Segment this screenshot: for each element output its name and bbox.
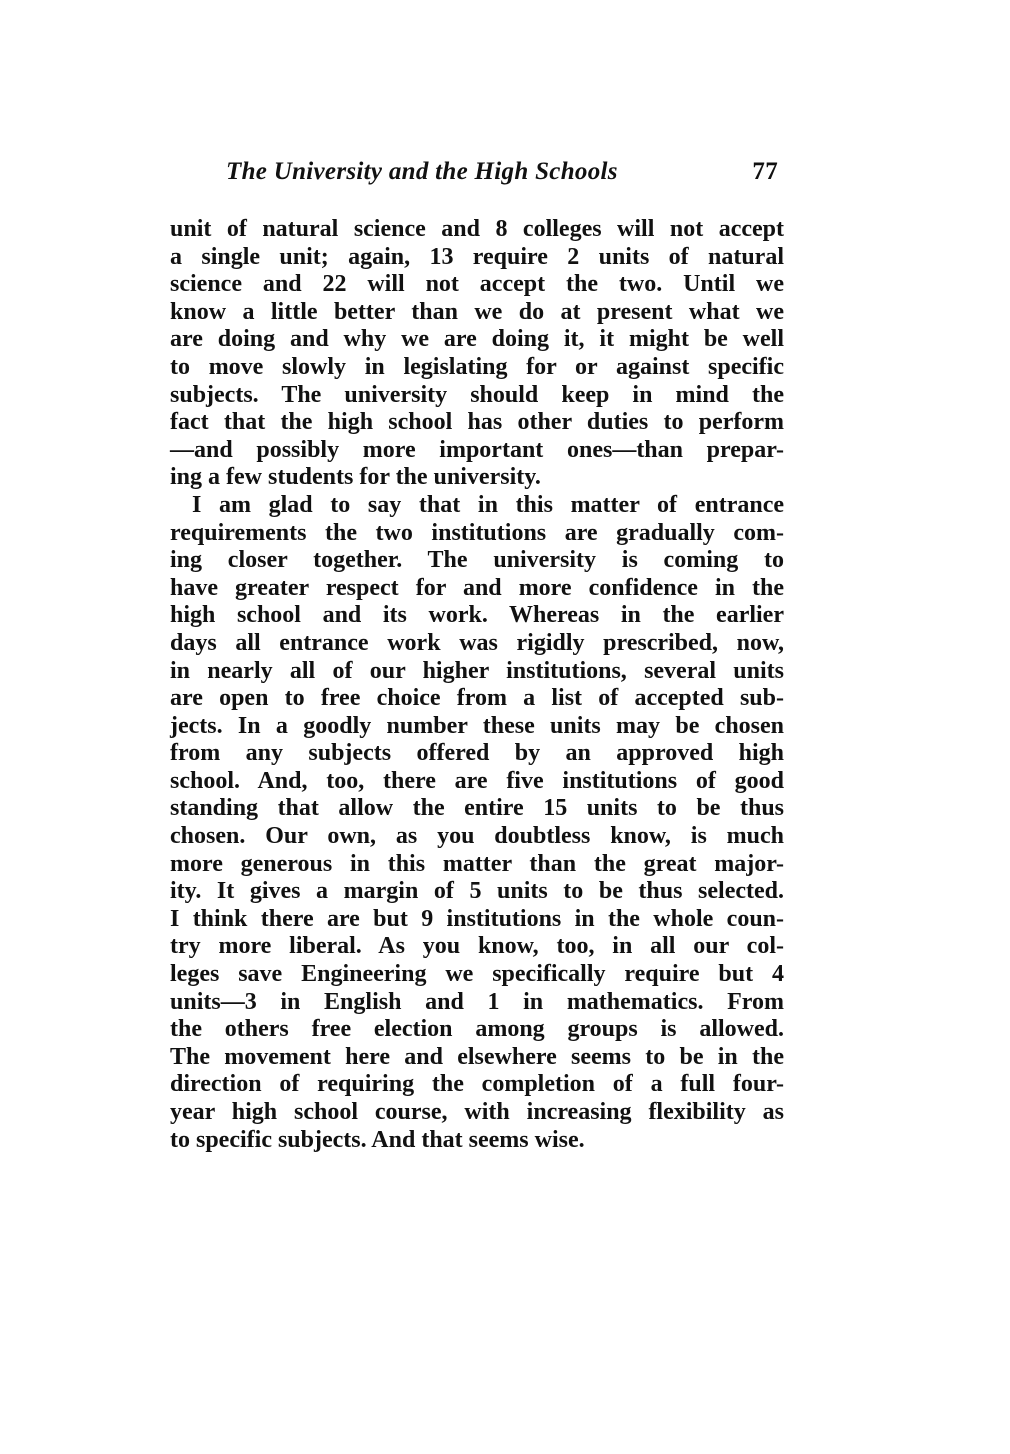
text-line: a single unit; again, 13 require 2 units…	[170, 244, 784, 272]
text-line: chosen. Our own, as you doubtless know, …	[170, 823, 784, 851]
book-page: The University and the High Schools 77 u…	[0, 0, 1010, 1454]
running-head-title: The University and the High Schools	[226, 158, 618, 186]
text-line: ing a few students for the university.	[170, 464, 784, 492]
text-line: school. And, too, there are five institu…	[170, 768, 784, 796]
body-text: unit of natural science and 8 colleges w…	[170, 216, 784, 1154]
text-line: ity. It gives a margin of 5 units to be …	[170, 878, 784, 906]
text-line: units—3 in English and 1 in mathematics.…	[170, 989, 784, 1017]
text-line: ing closer together. The university is c…	[170, 547, 784, 575]
text-line: are open to free choice from a list of a…	[170, 685, 784, 713]
text-line: science and 22 will not accept the two. …	[170, 271, 784, 299]
text-line: —and possibly more important ones—than p…	[170, 437, 784, 465]
text-line: high school and its work. Whereas in the…	[170, 602, 784, 630]
text-line: to specific subjects. And that seems wis…	[170, 1127, 784, 1155]
text-line: subjects. The university should keep in …	[170, 382, 784, 410]
text-line: in nearly all of our higher institutions…	[170, 658, 784, 686]
running-head: The University and the High Schools 77	[226, 158, 786, 194]
text-line: try more liberal. As you know, too, in a…	[170, 933, 784, 961]
text-line: more generous in this matter than the gr…	[170, 851, 784, 879]
text-line: year high school course, with increasing…	[170, 1099, 784, 1127]
text-line: to move slowly in legislating for or aga…	[170, 354, 784, 382]
text-line: jects. In a goodly number these units ma…	[170, 713, 784, 741]
text-line: fact that the high school has other duti…	[170, 409, 784, 437]
text-line: are doing and why we are doing it, it mi…	[170, 326, 784, 354]
text-line: The movement here and elsewhere seems to…	[170, 1044, 784, 1072]
text-line: have greater respect for and more confid…	[170, 575, 784, 603]
text-line: the others free election among groups is…	[170, 1016, 784, 1044]
text-line: requirements the two institutions are gr…	[170, 520, 784, 548]
text-line: unit of natural science and 8 colleges w…	[170, 216, 784, 244]
text-line: from any subjects offered by an approved…	[170, 740, 784, 768]
text-line: I think there are but 9 institutions in …	[170, 906, 784, 934]
paragraph-1: unit of natural science and 8 colleges w…	[170, 216, 784, 492]
page-number: 77	[752, 158, 778, 186]
text-line: days all entrance work was rigidly presc…	[170, 630, 784, 658]
text-line: standing that allow the entire 15 units …	[170, 795, 784, 823]
text-line: leges save Engineering we specifically r…	[170, 961, 784, 989]
text-line: I am glad to say that in this matter of …	[170, 492, 784, 520]
text-line: direction of requiring the completion of…	[170, 1071, 784, 1099]
paragraph-2: I am glad to say that in this matter of …	[170, 492, 784, 1154]
text-line: know a little better than we do at prese…	[170, 299, 784, 327]
